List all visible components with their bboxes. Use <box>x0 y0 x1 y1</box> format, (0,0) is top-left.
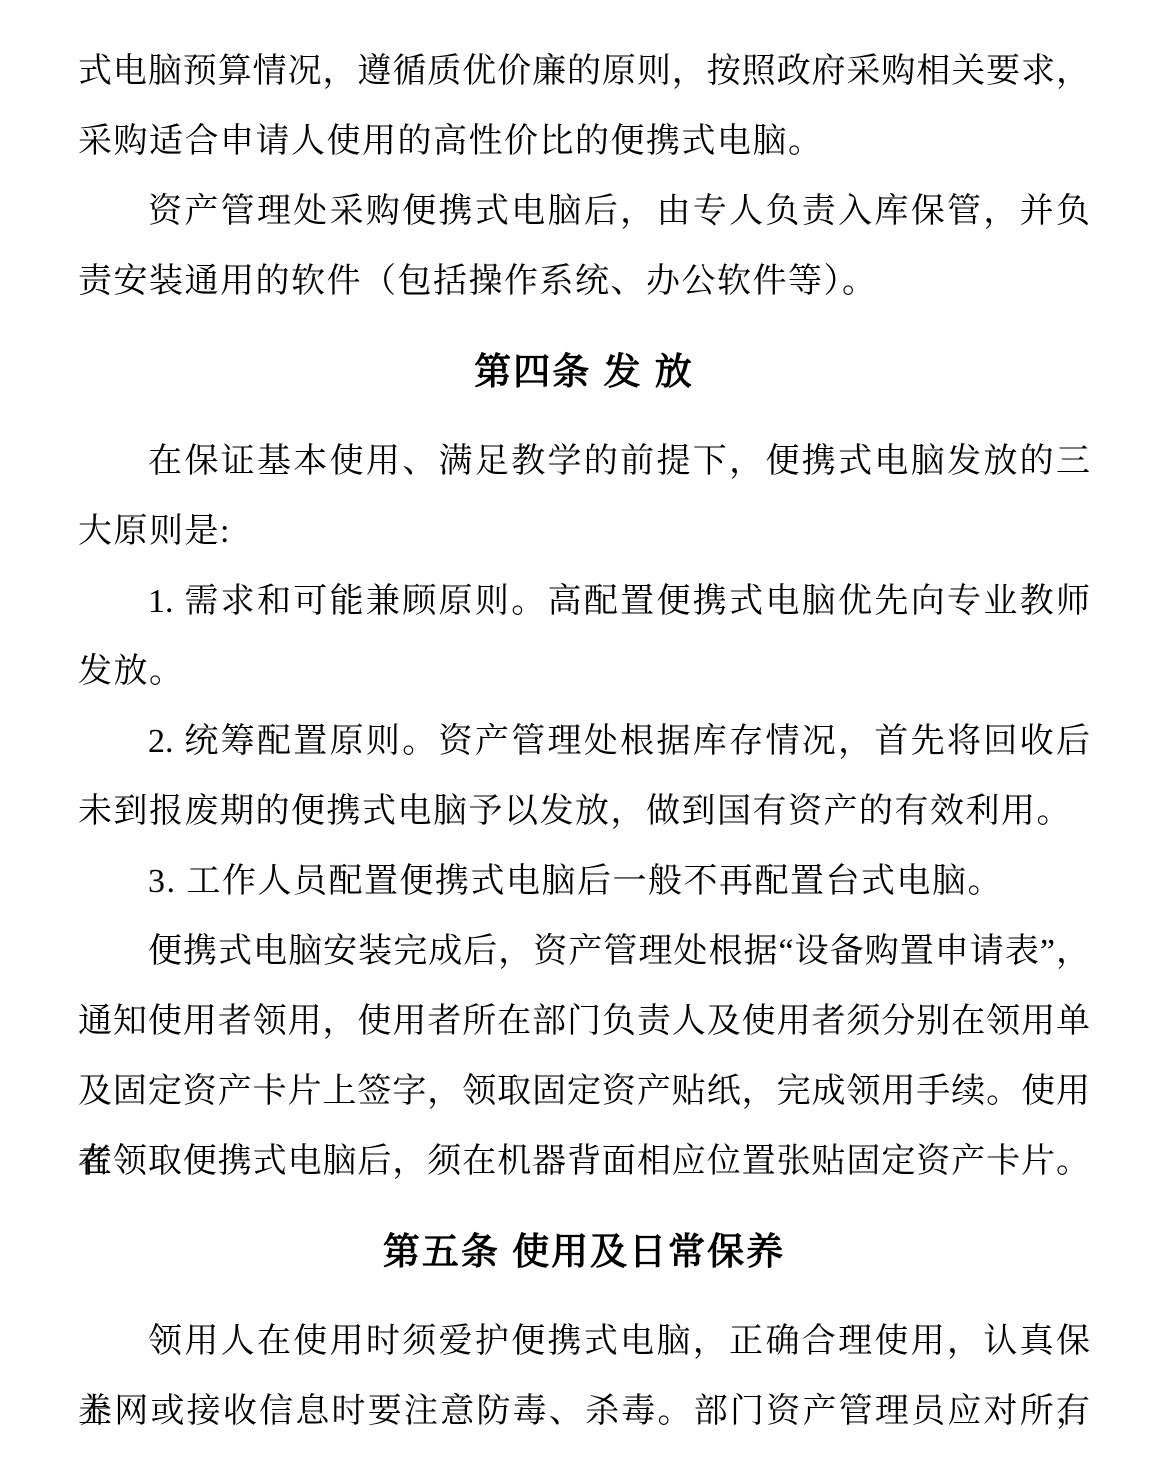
paragraph-line: 在保证基本使用、满足教学的前提下，便携式电脑发放的三 <box>78 427 1090 497</box>
paragraph-line: 大原则是: <box>78 497 1090 567</box>
paragraph-line: 采购适合申请人使用的高性价比的便携式电脑。 <box>78 107 1090 177</box>
paragraph-line: 及固定资产卡片上签字，领取固定资产贴纸，完成领用手续。使用者 <box>78 1057 1090 1127</box>
paragraph-line: 1. 需求和可能兼顾原则。高配置便携式电脑优先向专业教师 <box>78 567 1090 637</box>
section-heading: 第四条 发 放 <box>78 337 1090 407</box>
paragraph-line: 资产管理处采购便携式电脑后，由专人负责入库保管，并负 <box>78 177 1090 247</box>
paragraph-line: 便携式电脑安装完成后，资产管理处根据“设备购置申请表”， <box>78 917 1090 987</box>
paragraph-line: 发放。 <box>78 637 1090 707</box>
paragraph-line: 式电脑预算情况，遵循质优价廉的原则，按照政府采购相关要求， <box>78 37 1090 107</box>
paragraph-line: 2. 统筹配置原则。资产管理处根据库存情况，首先将回收后 <box>78 707 1090 777</box>
paragraph-line: 在领取便携式电脑后，须在机器背面相应位置张贴固定资产卡片。 <box>78 1127 1090 1197</box>
paragraph-line: 上网或接收信息时要注意防毒、杀毒。部门资产管理员应对所有 <box>78 1377 1090 1447</box>
paragraph-line: 责安装通用的软件（包括操作系统、办公软件等）。 <box>78 247 1090 317</box>
paragraph-line: 通知使用者领用，使用者所在部门负责人及使用者须分别在领用单 <box>78 987 1090 1057</box>
document-page: 式电脑预算情况，遵循质优价廉的原则，按照政府采购相关要求，采购适合申请人使用的高… <box>0 0 1165 1469</box>
document-content: 式电脑预算情况，遵循质优价廉的原则，按照政府采购相关要求，采购适合申请人使用的高… <box>78 37 1090 1447</box>
paragraph-line: 未到报废期的便携式电脑予以发放，做到国有资产的有效利用。 <box>78 777 1090 847</box>
paragraph-line: 3. 工作人员配置便携式电脑后一般不再配置台式电脑。 <box>78 847 1090 917</box>
paragraph-line: 领用人在使用时须爱护便携式电脑，正确合理使用，认真保养， <box>78 1307 1090 1377</box>
section-heading: 第五条 使用及日常保养 <box>78 1217 1090 1287</box>
